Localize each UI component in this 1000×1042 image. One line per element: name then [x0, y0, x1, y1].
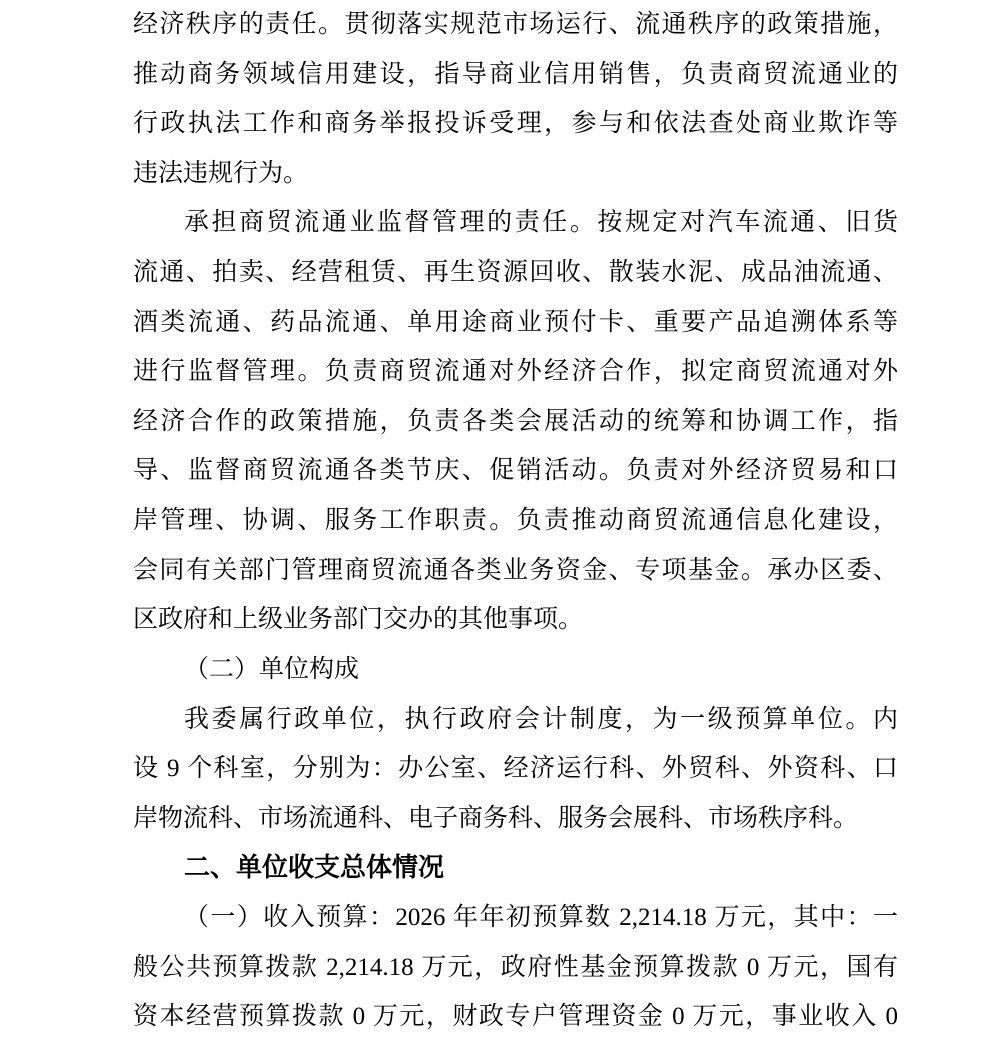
text-line-6: 流通、拍卖、经营租赁、再生资源回收、散装水泥、成品油流通、	[133, 248, 898, 298]
text-line-8: 进行监督管理。负责商贸流通对外经济合作，拟定商贸流通对外	[133, 347, 898, 397]
text-line-15: 我委属行政单位，执行政府会计制度，为一级预算单位。内	[133, 695, 898, 745]
text-line-20: 般公共预算拨款 2,214.18 万元，政府性基金预算拨款 0 万元，国有	[133, 943, 898, 993]
text-line-4: 违法违规行为。	[133, 149, 898, 199]
text-line-9: 经济合作的政策措施，负责各类会展活动的统筹和协调工作，指	[133, 397, 898, 447]
text-line-10: 导、监督商贸流通各类节庆、促销活动。负责对外经济贸易和口	[133, 446, 898, 496]
text-line-2: 推动商务领域信用建设，指导商业信用销售，负责商贸流通业的	[133, 50, 898, 100]
text-line-13: 区政府和上级业务部门交办的其他事项。	[133, 595, 898, 645]
text-line-21: 资本经营预算拨款 0 万元，财政专户管理资金 0 万元，事业收入 0	[133, 992, 898, 1042]
text-line-19: （一）收入预算：2026 年年初预算数 2,214.18 万元，其中：一	[133, 893, 898, 943]
text-line-16: 设 9 个科室，分别为：办公室、经济运行科、外贸科、外资科、口	[133, 744, 898, 794]
document-body: 经济秩序的责任。贯彻落实规范市场运行、流通秩序的政策措施，推动商务领域信用建设，…	[133, 0, 898, 1042]
text-line-5: 承担商贸流通业监督管理的责任。按规定对汽车流通、旧货	[133, 198, 898, 248]
text-line-12: 会同有关部门管理商贸流通各类业务资金、专项基金。承办区委、	[133, 546, 898, 596]
text-line-1: 经济秩序的责任。贯彻落实规范市场运行、流通秩序的政策措施，	[133, 0, 898, 50]
section-heading: 二、单位收支总体情况	[133, 843, 898, 893]
document-page: 经济秩序的责任。贯彻落实规范市场运行、流通秩序的政策措施，推动商务领域信用建设，…	[0, 0, 1000, 1042]
text-line-11: 岸管理、协调、服务工作职责。负责推动商贸流通信息化建设，	[133, 496, 898, 546]
text-line-7: 酒类流通、药品流通、单用途商业预付卡、重要产品追溯体系等	[133, 298, 898, 348]
text-line-3: 行政执法工作和商务举报投诉受理，参与和依法查处商业欺诈等	[133, 99, 898, 149]
text-line-14: （二）单位构成	[133, 645, 898, 695]
text-line-17: 岸物流科、市场流通科、电子商务科、服务会展科、市场秩序科。	[133, 794, 898, 844]
